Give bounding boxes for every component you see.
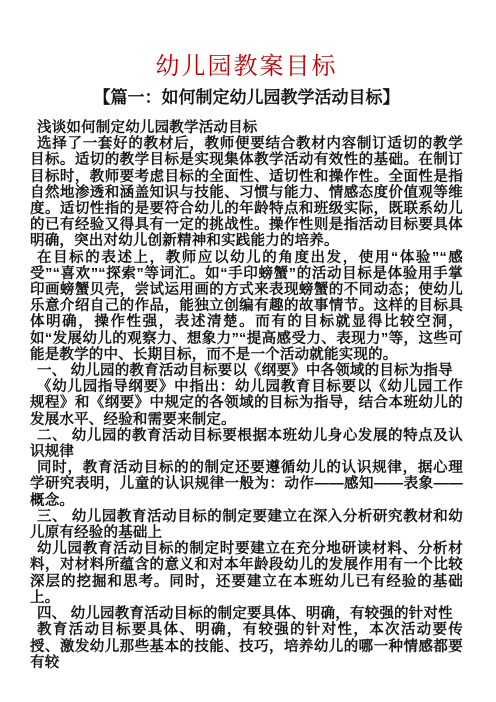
document-body: 浅谈如何制定幼儿园教学活动目标 选择了一套好的教材后，教师便要结合教材内容制订适… (30, 120, 463, 671)
paragraph-section-3-heading: 三、 幼儿园教育活动目标的制定要建立在深入分析研究教材和幼儿原有经验的基础上 (30, 509, 463, 541)
paragraph: 选择了一套好的教材后，教师便要结合教材内容制订适切的教学目标。适切的教学目标是实… (30, 136, 463, 249)
paragraph: 同时，教育活动目标的的制定还要遵循幼儿的认识规律，据心理学研究表明，儿童的认识规… (30, 460, 463, 509)
paragraph: 在目标的表述上，教师应以幼儿的角度出发，使用“体验”“感受”“喜欢”“探索”等词… (30, 250, 463, 363)
paragraph-intro-heading: 浅谈如何制定幼儿园教学活动目标 (30, 120, 463, 136)
document-title: 幼儿园教案目标 (30, 52, 463, 82)
paragraph-section-2-heading: 二、 幼儿园的教育活动目标要根据本班幼儿身心发展的特点及认识规律 (30, 428, 463, 460)
paragraph: 教育活动目标要具体、明确，有较强的针对性，本次活动要传授、激发幼儿那些基本的技能… (30, 622, 463, 671)
paragraph-section-1-heading: 一、 幼儿园的教育活动目标要以《纲要》中各领域的目标为指导 (30, 363, 463, 379)
document-subtitle: 【篇一：如何制定幼儿园教学活动目标】 (30, 86, 463, 110)
document-page: 幼儿园教案目标 【篇一：如何制定幼儿园教学活动目标】 浅谈如何制定幼儿园教学活动… (0, 0, 496, 702)
paragraph: 《幼儿园指导纲要》中指出：幼儿园教育目标要以《幼儿园工作规程》和《纲要》中规定的… (30, 379, 463, 428)
paragraph: 幼儿园教育活动目标的制定时要建立在充分地研读材料、分析材料，对材料所蕴含的意义和… (30, 541, 463, 606)
paragraph-section-4-heading: 四、 幼儿园教育活动目标的制定要具体、明确，有较强的针对性 (30, 606, 463, 622)
